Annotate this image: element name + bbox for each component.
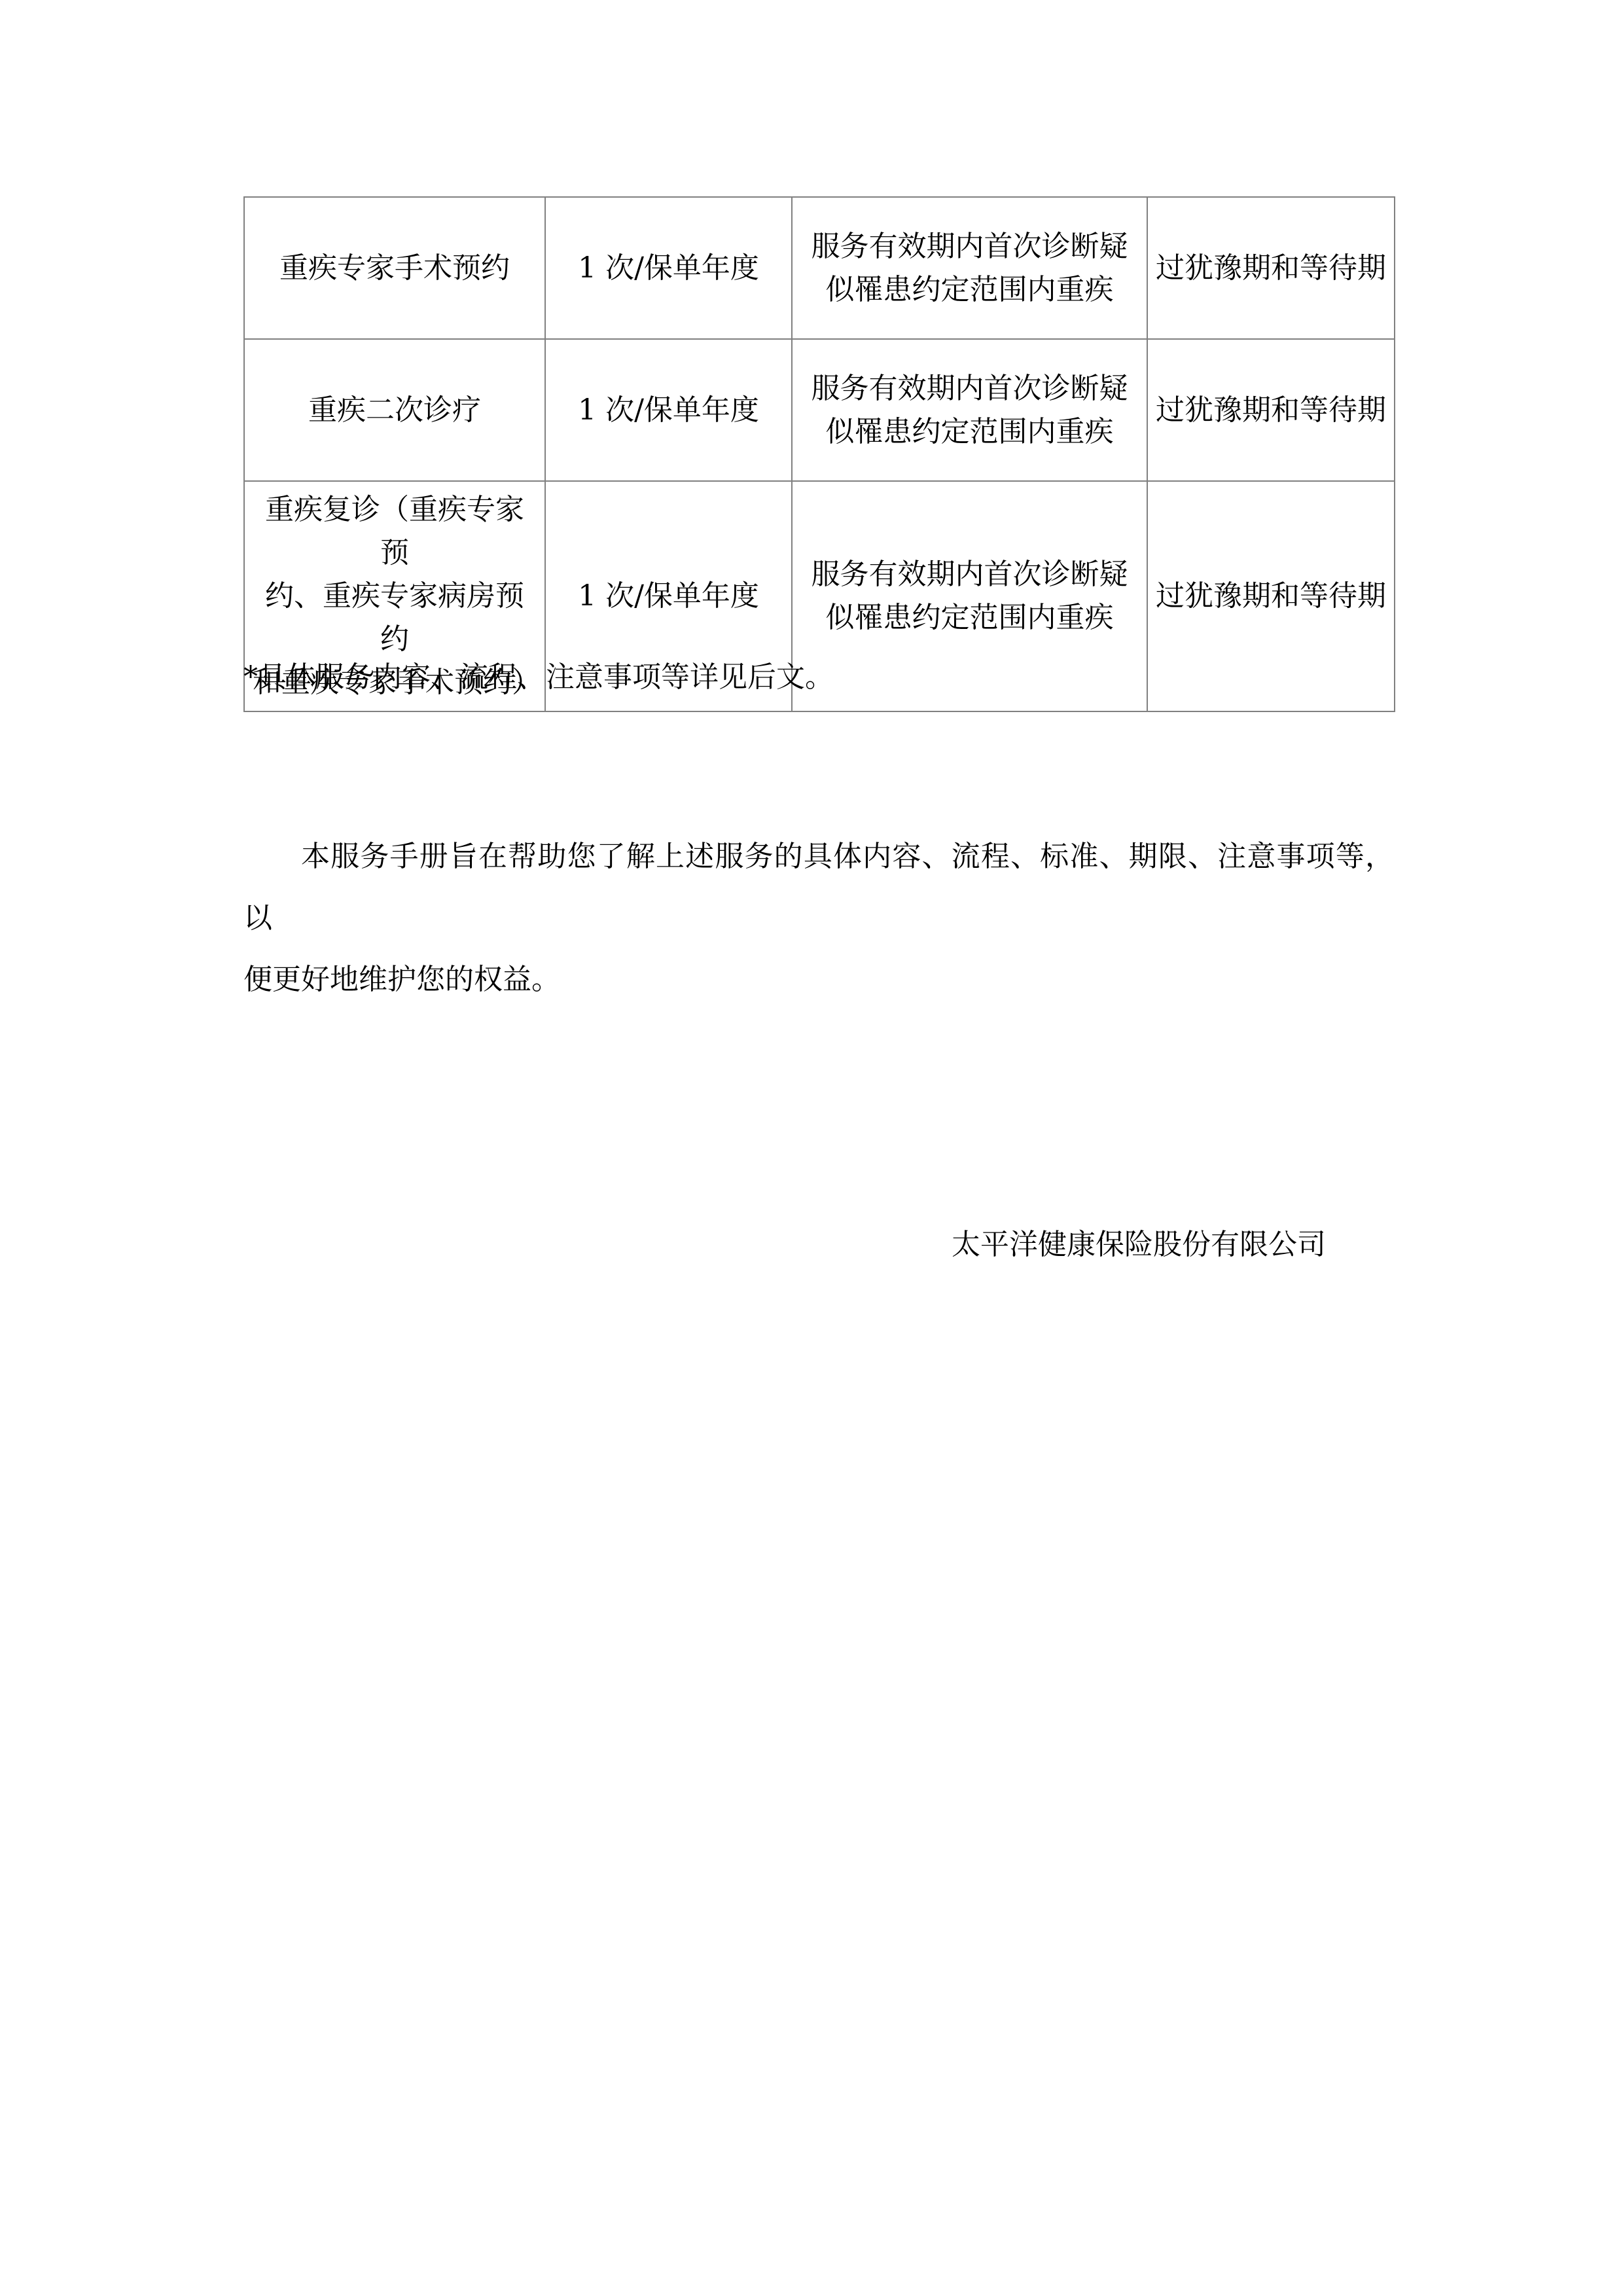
- footnote: *具体服务内容、流程、注意事项等详见后文。: [243, 658, 1394, 697]
- intro-paragraph-line-2: 便更好地维护您的权益。: [243, 949, 1394, 1011]
- cell-condition-row1: 服务有效期内首次诊断疑 似罹患约定范围内重疾: [792, 197, 1147, 339]
- cell-service-row1: 重疾专家手术预约: [244, 197, 545, 339]
- cell-period-row2: 过犹豫期和等待期: [1147, 339, 1395, 481]
- cell-service-row2: 重疾二次诊疗: [244, 339, 545, 481]
- company-signature: 太平洋健康保险股份有限公司: [243, 1214, 1326, 1276]
- intro-paragraph-line-1: 本服务手册旨在帮助您了解上述服务的具体内容、流程、标准、期限、注意事项等，以: [243, 826, 1394, 949]
- intro-paragraph: 本服务手册旨在帮助您了解上述服务的具体内容、流程、标准、期限、注意事项等，以 便…: [243, 826, 1394, 1011]
- table-row: 重疾二次诊疗 1 次/保单年度 服务有效期内首次诊断疑 似罹患约定范围内重疾 过…: [244, 339, 1395, 481]
- cell-frequency-row2: 1 次/保单年度: [545, 339, 792, 481]
- cell-frequency-row1: 1 次/保单年度: [545, 197, 792, 339]
- benefits-table: 重疾专家手术预约 1 次/保单年度 服务有效期内首次诊断疑 似罹患约定范围内重疾…: [243, 196, 1395, 712]
- cell-condition-row2: 服务有效期内首次诊断疑 似罹患约定范围内重疾: [792, 339, 1147, 481]
- document-page: 重疾专家手术预约 1 次/保单年度 服务有效期内首次诊断疑 似罹患约定范围内重疾…: [0, 0, 1623, 2296]
- cell-period-row1: 过犹豫期和等待期: [1147, 197, 1395, 339]
- table-row: 重疾专家手术预约 1 次/保单年度 服务有效期内首次诊断疑 似罹患约定范围内重疾…: [244, 197, 1395, 339]
